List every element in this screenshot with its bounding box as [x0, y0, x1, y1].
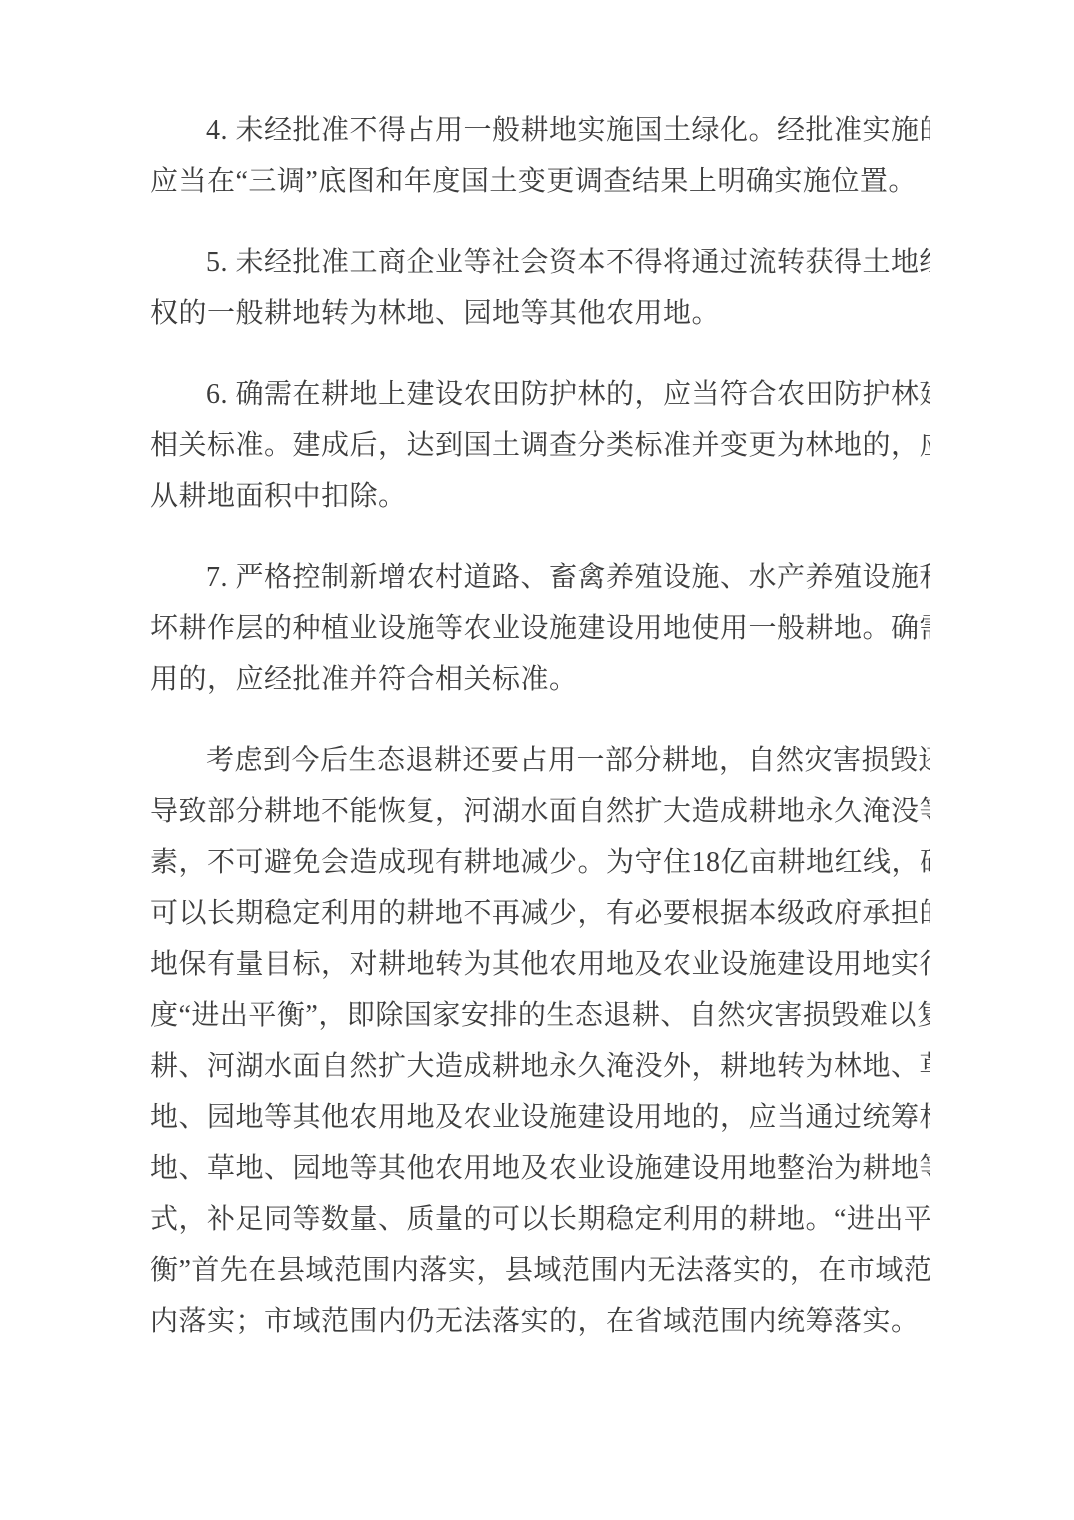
text-line: 用的，应经批准并符合相关标准。 — [150, 654, 930, 705]
text-line: 坏耕作层的种植业设施等农业设施建设用地使用一般耕地。确需使 — [150, 603, 930, 654]
text-line: 4. 未经批准不得占用一般耕地实施国土绿化。经批准实施的， — [150, 105, 930, 156]
text-line: 7. 严格控制新增农村道路、畜禽养殖设施、水产养殖设施和破 — [150, 552, 930, 603]
text-line: 地、草地、园地等其他农用地及农业设施建设用地整治为耕地等方 — [150, 1143, 930, 1194]
para-balance: 考虑到今后生态退耕还要占用一部分耕地，自然灾害损毁还会导致部分耕地不能恢复，河湖… — [150, 735, 930, 1347]
text-line: 从耕地面积中扣除。 — [150, 471, 930, 522]
text-line: 6. 确需在耕地上建设农田防护林的，应当符合农田防护林建设 — [150, 369, 930, 420]
text-line: 度“进出平衡”，即除国家安排的生态退耕、自然灾害损毁难以复 — [150, 990, 930, 1041]
text-line: 应当在“三调”底图和年度国土变更调查结果上明确实施位置。 — [150, 156, 930, 207]
para-7: 7. 严格控制新增农村道路、畜禽养殖设施、水产养殖设施和破坏耕作层的种植业设施等… — [150, 552, 930, 705]
text-line: 权的一般耕地转为林地、园地等其他农用地。 — [150, 288, 930, 339]
para-4: 4. 未经批准不得占用一般耕地实施国土绿化。经批准实施的，应当在“三调”底图和年… — [150, 105, 930, 207]
para-6: 6. 确需在耕地上建设农田防护林的，应当符合农田防护林建设相关标准。建成后，达到… — [150, 369, 930, 522]
document-body: 4. 未经批准不得占用一般耕地实施国土绿化。经批准实施的，应当在“三调”底图和年… — [0, 0, 1074, 1347]
para-5: 5. 未经批准工商企业等社会资本不得将通过流转获得土地经营权的一般耕地转为林地、… — [150, 237, 930, 339]
text-line: 5. 未经批准工商企业等社会资本不得将通过流转获得土地经营 — [150, 237, 930, 288]
text-line: 相关标准。建成后，达到国土调查分类标准并变更为林地的，应当 — [150, 420, 930, 471]
text-line: 可以长期稳定利用的耕地不再减少，有必要根据本级政府承担的耕 — [150, 888, 930, 939]
text-line: 地保有量目标，对耕地转为其他农用地及农业设施建设用地实行年 — [150, 939, 930, 990]
text-line: 内落实；市域范围内仍无法落实的，在省域范围内统筹落实。 — [150, 1296, 930, 1347]
text-line: 导致部分耕地不能恢复，河湖水面自然扩大造成耕地永久淹没等因 — [150, 786, 930, 837]
text-line: 式，补足同等数量、质量的可以长期稳定利用的耕地。“进出平 — [150, 1194, 930, 1245]
document-page: 4. 未经批准不得占用一般耕地实施国土绿化。经批准实施的，应当在“三调”底图和年… — [0, 0, 1074, 1520]
text-line: 考虑到今后生态退耕还要占用一部分耕地，自然灾害损毁还会 — [150, 735, 930, 786]
text-line: 地、园地等其他农用地及农业设施建设用地的，应当通过统筹林 — [150, 1092, 930, 1143]
text-line: 衡”首先在县域范围内落实，县域范围内无法落实的，在市域范围 — [150, 1245, 930, 1296]
text-line: 耕、河湖水面自然扩大造成耕地永久淹没外，耕地转为林地、草 — [150, 1041, 930, 1092]
text-line: 素，不可避免会造成现有耕地减少。为守住18亿亩耕地红线，确保 — [150, 837, 930, 888]
